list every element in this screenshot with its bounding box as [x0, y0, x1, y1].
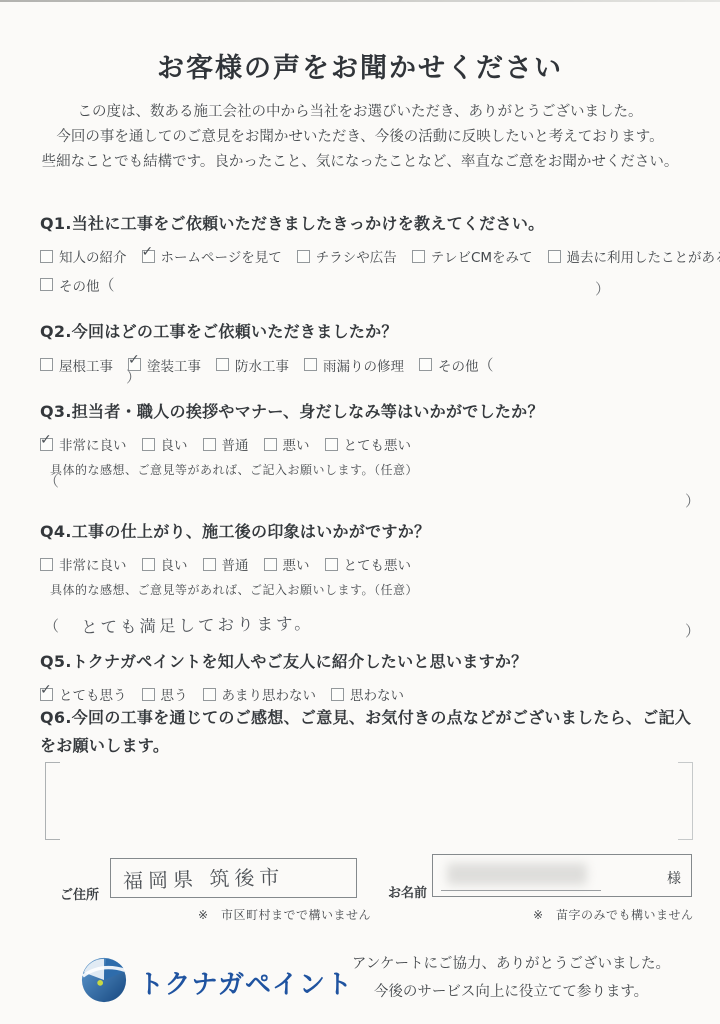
checkbox-icon[interactable]	[142, 558, 155, 571]
thanks-line: 今後のサービス向上に役立てて参ります。	[322, 978, 700, 1006]
option-label: 普通	[222, 554, 249, 574]
checkbox-icon[interactable]: ✓	[40, 688, 53, 701]
name-label: お名前	[388, 882, 427, 901]
footer-thanks: アンケートにご協力、ありがとうございました。 今後のサービス向上に役立てて参りま…	[322, 950, 700, 1006]
helper-text: 具体的な感想、ご意見等があれば、ご記入お願いします。（任意）	[50, 461, 695, 478]
helper-text: 具体的な感想、ご意見等があれば、ご記入お願いします。（任意）	[50, 581, 695, 598]
checkbox-option[interactable]: 防水工事	[216, 355, 289, 375]
checkbox-icon[interactable]	[203, 558, 216, 571]
checkbox-option[interactable]: とても悪い	[325, 434, 412, 454]
checkbox-option[interactable]: 悪い	[264, 434, 310, 454]
question-q5: Q5.トクナガペイントを知人やご友人に紹介したいと思いますか？ ✓とても思う 思…	[40, 648, 695, 704]
option-label: 非常に良い	[59, 554, 127, 574]
option-label: 良い	[161, 554, 188, 574]
option-label: 悪い	[283, 554, 310, 574]
question-q6: Q6.今回の工事を通じてのご感想、ご意見、お気付きの点などがございましたら、ご記…	[40, 704, 695, 760]
checkbox-icon[interactable]	[297, 250, 310, 263]
question-heading: Q1.当社に工事をご依頼いただきましたきっかけを教えてください。	[40, 210, 695, 238]
option-label: ホームページを見て	[161, 246, 282, 266]
option-label: その他	[59, 275, 100, 295]
logo-globe-icon	[80, 956, 128, 1008]
question-heading: Q4.工事の仕上がり、施工後の印象はいかがですか？	[40, 518, 695, 546]
paren-open: （	[479, 354, 494, 375]
checkbox-icon[interactable]	[40, 278, 53, 291]
option-label: 知人の紹介	[59, 246, 127, 266]
checkbox-icon[interactable]: ✓	[142, 250, 155, 263]
option-row: ✓非常に良い 良い 普通 悪い とても悪い	[40, 434, 695, 454]
question-heading: Q6.今回の工事を通じてのご感想、ご意見、お気付きの点などがございましたら、ご記…	[40, 704, 695, 760]
checkbox-icon[interactable]	[419, 358, 432, 371]
thanks-line: アンケートにご協力、ありがとうございました。	[322, 950, 700, 978]
checkbox-icon[interactable]	[264, 558, 277, 571]
checkbox-option[interactable]: 思う	[142, 684, 188, 704]
checkbox-option[interactable]: 普通	[203, 434, 249, 454]
checkbox-option[interactable]: 良い	[142, 554, 188, 574]
checkbox-icon[interactable]	[325, 558, 338, 571]
checkbox-option[interactable]: テレビCMをみて	[412, 246, 533, 266]
checkbox-option-other[interactable]: その他（	[419, 354, 494, 375]
check-mark: ✓	[40, 682, 52, 698]
checkbox-option[interactable]: 雨漏りの修理	[304, 355, 404, 375]
checkbox-option[interactable]: 思わない	[331, 684, 404, 704]
checkbox-icon[interactable]	[142, 438, 155, 451]
checkbox-option[interactable]: 過去に利用したことがある	[548, 246, 720, 266]
intro-paragraph: この度は、数ある施工会社の中から当社をお選びいただき、ありがとうございました。 …	[0, 100, 720, 175]
option-row: 非常に良い 良い 普通 悪い とても悪い	[40, 554, 695, 574]
option-label: 非常に良い	[59, 434, 127, 454]
checkbox-option[interactable]: ✓ホームページを見て	[142, 246, 282, 266]
question-q2: Q2.今回はどの工事をご依頼いただきましたか？ 屋根工事 ✓塗装工事 防水工事 …	[40, 318, 695, 375]
option-label: とても悪い	[344, 434, 412, 454]
option-label: とても思う	[59, 684, 127, 704]
paren-open: （	[100, 274, 115, 295]
question-heading: Q2.今回はどの工事をご依頼いただきましたか？	[40, 318, 695, 346]
paren-open[interactable]: （	[44, 470, 59, 491]
checkbox-icon[interactable]	[203, 688, 216, 701]
checkbox-icon[interactable]	[264, 438, 277, 451]
company-logo: トクナガペイント	[80, 956, 353, 1008]
paren-close: ）	[126, 366, 141, 387]
option-label: あまり思わない	[222, 684, 317, 704]
checkbox-icon[interactable]	[40, 558, 53, 571]
question-q4: Q4.工事の仕上がり、施工後の印象はいかがですか？ 非常に良い 良い 普通 悪い…	[40, 518, 695, 636]
scan-edge	[0, 0, 720, 2]
free-comment-box[interactable]	[45, 762, 693, 840]
check-mark: ✓	[142, 244, 154, 260]
checkbox-option[interactable]: チラシや広告	[297, 246, 397, 266]
redacted-name	[447, 863, 587, 885]
checkbox-option[interactable]: 知人の紹介	[40, 246, 127, 266]
paren-close: ）	[685, 490, 700, 511]
question-heading: Q5.トクナガペイントを知人やご友人に紹介したいと思いますか？	[40, 648, 695, 676]
option-row: ✓とても思う 思う あまり思わない 思わない	[40, 684, 695, 704]
option-label: テレビCMをみて	[431, 246, 533, 266]
checkbox-icon[interactable]: ✓	[40, 438, 53, 451]
checkbox-option[interactable]: 悪い	[264, 554, 310, 574]
option-label: 屋根工事	[59, 355, 113, 375]
address-field[interactable]: 福岡県 筑後市	[110, 858, 357, 898]
checkbox-icon[interactable]	[304, 358, 317, 371]
checkbox-option[interactable]: 非常に良い	[40, 554, 127, 574]
name-field[interactable]: 様	[432, 854, 692, 897]
option-row: 知人の紹介 ✓ホームページを見て チラシや広告 テレビCMをみて 過去に利用した…	[40, 246, 695, 266]
address-label: ご住所	[60, 884, 99, 903]
intro-line: この度は、数ある施工会社の中から当社をお選びいただき、ありがとうございました。	[0, 100, 720, 125]
option-label: 過去に利用したことがある	[567, 246, 720, 266]
option-label: とても悪い	[344, 554, 412, 574]
paren-open: （	[44, 617, 59, 635]
bracket-left	[45, 762, 60, 840]
intro-line: 今回の事を通してのご意見をお聞かせいただき、今後の活動に反映したいと考えておりま…	[0, 125, 720, 150]
option-label: 雨漏りの修理	[323, 355, 404, 375]
name-note: ※ 苗字のみでも構いません	[533, 906, 694, 923]
checkbox-icon[interactable]	[40, 250, 53, 263]
survey-sheet: お客様の声をお聞かせください この度は、数ある施工会社の中から当社をお選びいただ…	[0, 0, 720, 1024]
option-label: 思う	[161, 684, 188, 704]
question-q3: Q3.担当者・職人の挨拶やマナー、身だしなみ等はいかがでしたか？ ✓非常に良い …	[40, 398, 695, 478]
checkbox-option[interactable]: 屋根工事	[40, 355, 113, 375]
option-label: チラシや広告	[316, 246, 397, 266]
checkbox-icon[interactable]	[142, 688, 155, 701]
checkbox-icon[interactable]	[548, 250, 561, 263]
option-label: 良い	[161, 434, 188, 454]
checkbox-icon[interactable]	[325, 438, 338, 451]
checkbox-option[interactable]: ✓とても思う	[40, 684, 127, 704]
checkbox-icon[interactable]	[203, 438, 216, 451]
checkbox-icon[interactable]	[40, 358, 53, 371]
paren-close: ）	[685, 620, 700, 641]
checkbox-icon[interactable]	[216, 358, 229, 371]
intro-line: 些細なことでも結構です。良かったこと、気になったことなど、率直なご意をお聞かせく…	[0, 150, 720, 175]
name-underline	[441, 890, 601, 891]
page-title: お客様の声をお聞かせください	[0, 46, 720, 85]
checkbox-option[interactable]: 普通	[203, 554, 249, 574]
bracket-right	[678, 762, 693, 840]
option-label: 悪い	[283, 434, 310, 454]
checkbox-option[interactable]: あまり思わない	[203, 684, 317, 704]
paren-close: ）	[595, 278, 610, 299]
name-suffix: 様	[667, 868, 681, 888]
address-note: ※ 市区町村までで構いません	[198, 906, 371, 923]
comment-area[interactable]: （とても満足しております。	[44, 612, 695, 636]
option-label: その他	[438, 355, 479, 375]
checkbox-icon[interactable]	[331, 688, 344, 701]
logo-text: トクナガペイント	[138, 964, 353, 1001]
handwritten-comment: とても満足しております。	[81, 610, 314, 638]
question-q1: Q1.当社に工事をご依頼いただきましたきっかけを教えてください。 知人の紹介 ✓…	[40, 210, 695, 295]
option-label: 防水工事	[235, 355, 289, 375]
checkbox-option-other[interactable]: その他（	[40, 274, 115, 295]
checkbox-option[interactable]: ✓非常に良い	[40, 434, 127, 454]
checkbox-option[interactable]: 良い	[142, 434, 188, 454]
handwritten-address: 福岡県 筑後市	[123, 861, 285, 894]
checkbox-option[interactable]: とても悪い	[325, 554, 412, 574]
question-heading: Q3.担当者・職人の挨拶やマナー、身だしなみ等はいかがでしたか？	[40, 398, 695, 426]
check-mark: ✓	[40, 432, 52, 448]
option-label: 塗装工事	[147, 355, 201, 375]
option-label: 普通	[222, 434, 249, 454]
checkbox-icon[interactable]	[412, 250, 425, 263]
option-label: 思わない	[350, 684, 404, 704]
